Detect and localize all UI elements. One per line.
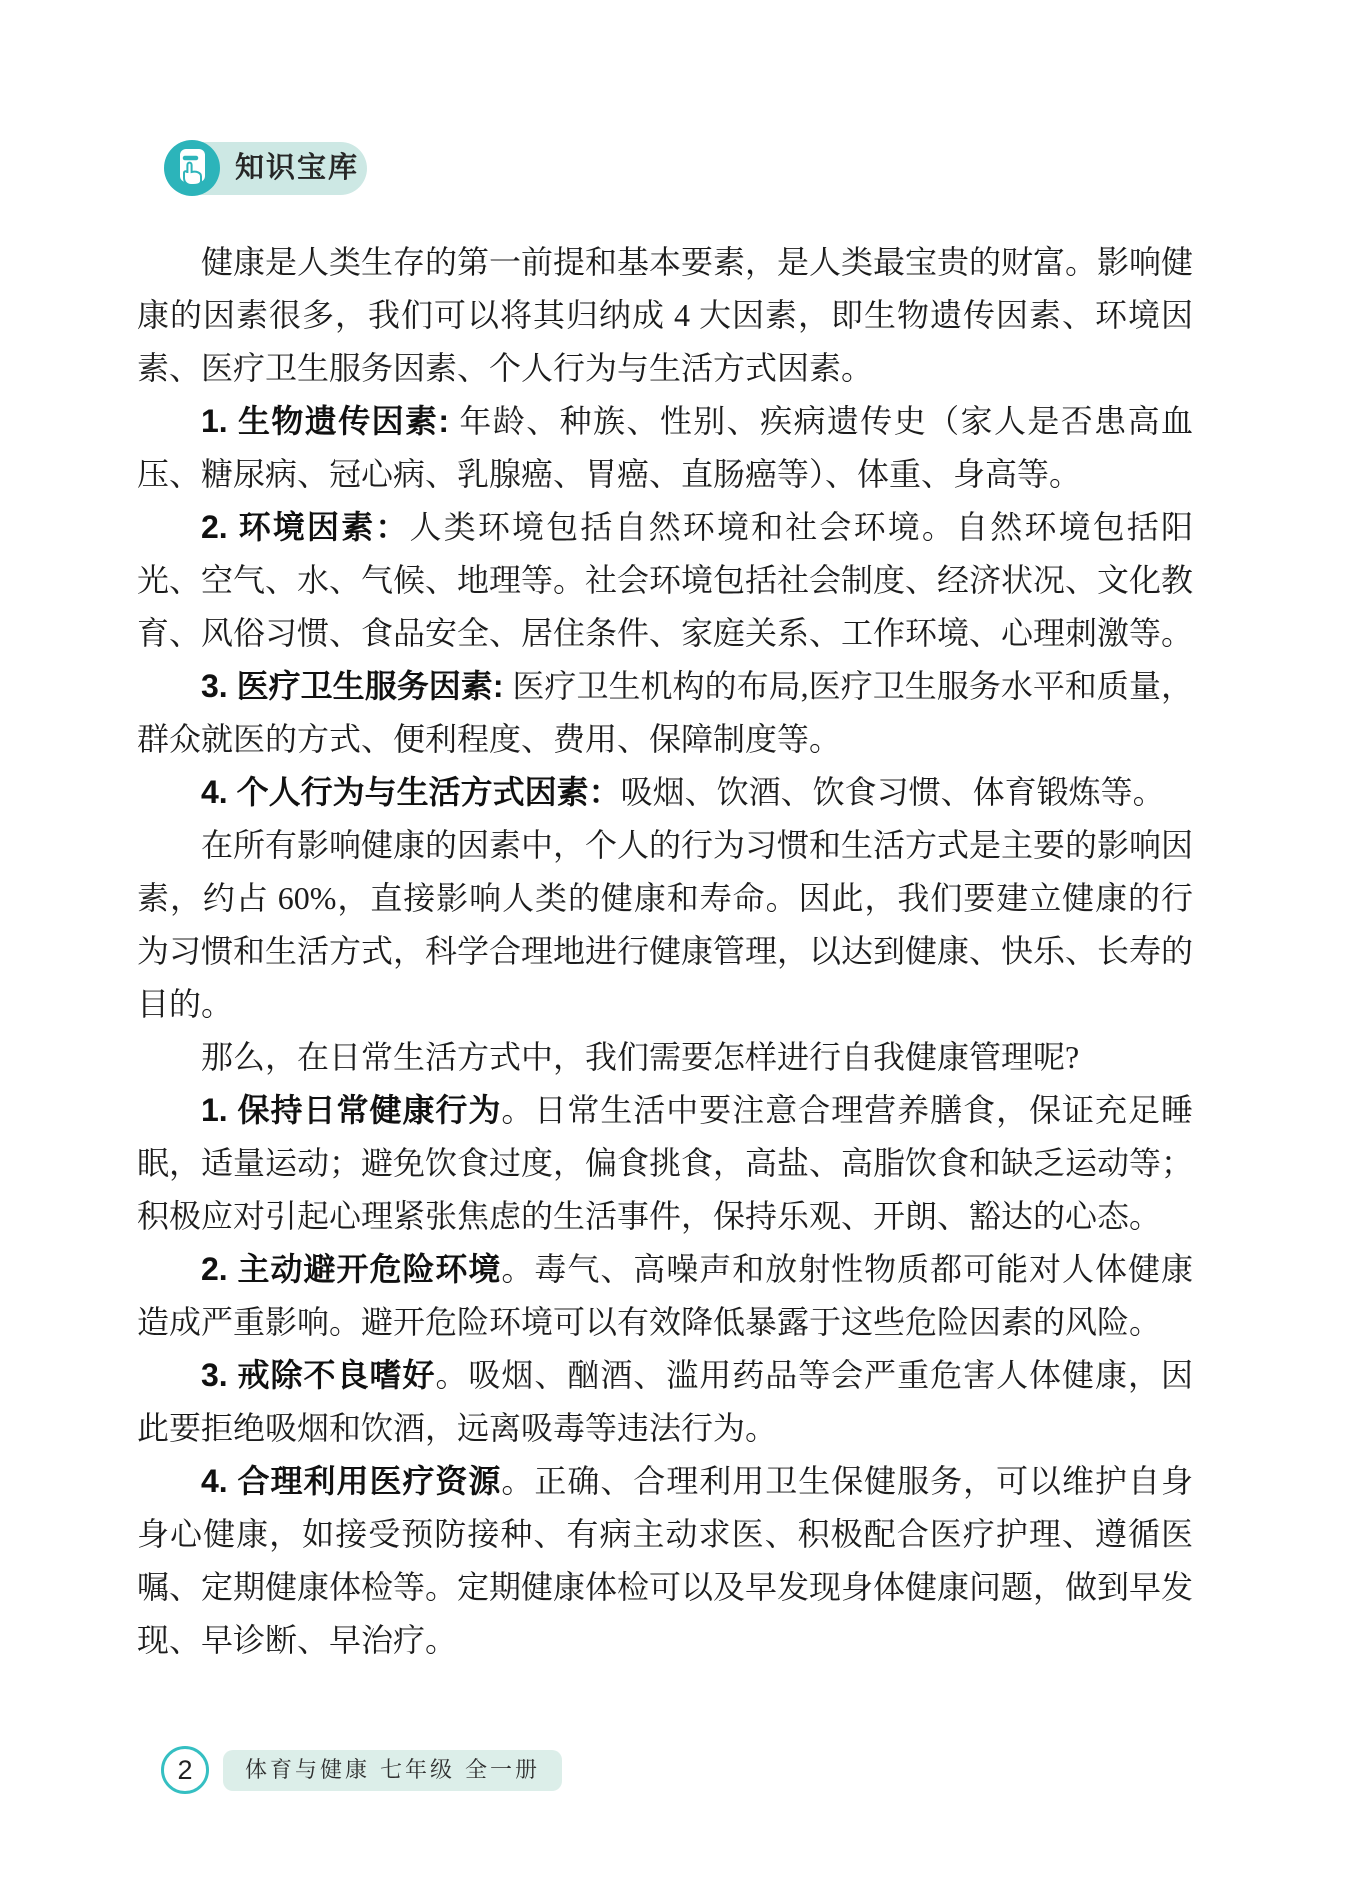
paragraph: 3. 医疗卫生服务因素: 医疗卫生机构的布局,医疗卫生服务水平和质量，群众就医的… (137, 660, 1193, 766)
textbook-page: 知识宝库 健康是人类生存的第一前提和基本要素，是人类最宝贵的财富。影响健康的因素… (0, 0, 1367, 1885)
article-body: 健康是人类生存的第一前提和基本要素，是人类最宝贵的财富。影响健康的因素很多，我们… (137, 236, 1193, 1667)
paragraph: 1. 保持日常健康行为。日常生活中要注意合理营养膳食，保证充足睡眠，适量运动；避… (137, 1084, 1193, 1243)
paragraph: 2. 主动避开危险环境。毒气、高噪声和放射性物质都可能对人体健康造成严重影响。避… (137, 1243, 1193, 1349)
paragraph-lead: 2. 环境因素： (201, 509, 410, 545)
book-hand-icon (163, 139, 221, 197)
paragraph: 健康是人类生存的第一前提和基本要素，是人类最宝贵的财富。影响健康的因素很多，我们… (137, 236, 1193, 395)
paragraph-lead: 4. 个人行为与生活方式因素： (201, 774, 621, 810)
paragraph: 3. 戒除不良嗜好。吸烟、酗酒、滥用药品等会严重危害人体健康，因此要拒绝吸烟和饮… (137, 1349, 1193, 1455)
page-footer: 2 体育与健康 七年级 全一册 (161, 1746, 562, 1794)
section-badge: 知识宝库 (163, 139, 373, 197)
paragraph: 在所有影响健康的因素中，个人的行为习惯和生活方式是主要的影响因素，约占 60%，… (137, 819, 1193, 1031)
page-number: 2 (161, 1746, 209, 1794)
paragraph: 1. 生物遗传因素: 年龄、种族、性别、疾病遗传史（家人是否患高血压、糖尿病、冠… (137, 395, 1193, 501)
paragraph: 2. 环境因素：人类环境包括自然环境和社会环境。自然环境包括阳光、空气、水、气候… (137, 501, 1193, 660)
paragraph-lead: 3. 戒除不良嗜好 (201, 1357, 435, 1393)
paragraph: 那么，在日常生活方式中，我们需要怎样进行自我健康管理呢? (137, 1031, 1193, 1084)
paragraph-lead: 4. 合理利用医疗资源 (201, 1463, 501, 1499)
paragraph-lead: 1. 生物遗传因素: (201, 403, 459, 439)
paragraph-lead: 2. 主动避开危险环境 (201, 1251, 501, 1287)
paragraph: 4. 合理利用医疗资源。正确、合理利用卫生保健服务，可以维护自身身心健康，如接受… (137, 1455, 1193, 1667)
section-badge-label: 知识宝库 (235, 140, 359, 197)
paragraph-lead: 1. 保持日常健康行为 (201, 1092, 501, 1128)
book-title: 体育与健康 七年级 全一册 (223, 1750, 562, 1791)
paragraph-lead: 3. 医疗卫生服务因素: (201, 668, 512, 704)
paragraph: 4. 个人行为与生活方式因素：吸烟、饮酒、饮食习惯、体育锻炼等。 (137, 766, 1193, 819)
